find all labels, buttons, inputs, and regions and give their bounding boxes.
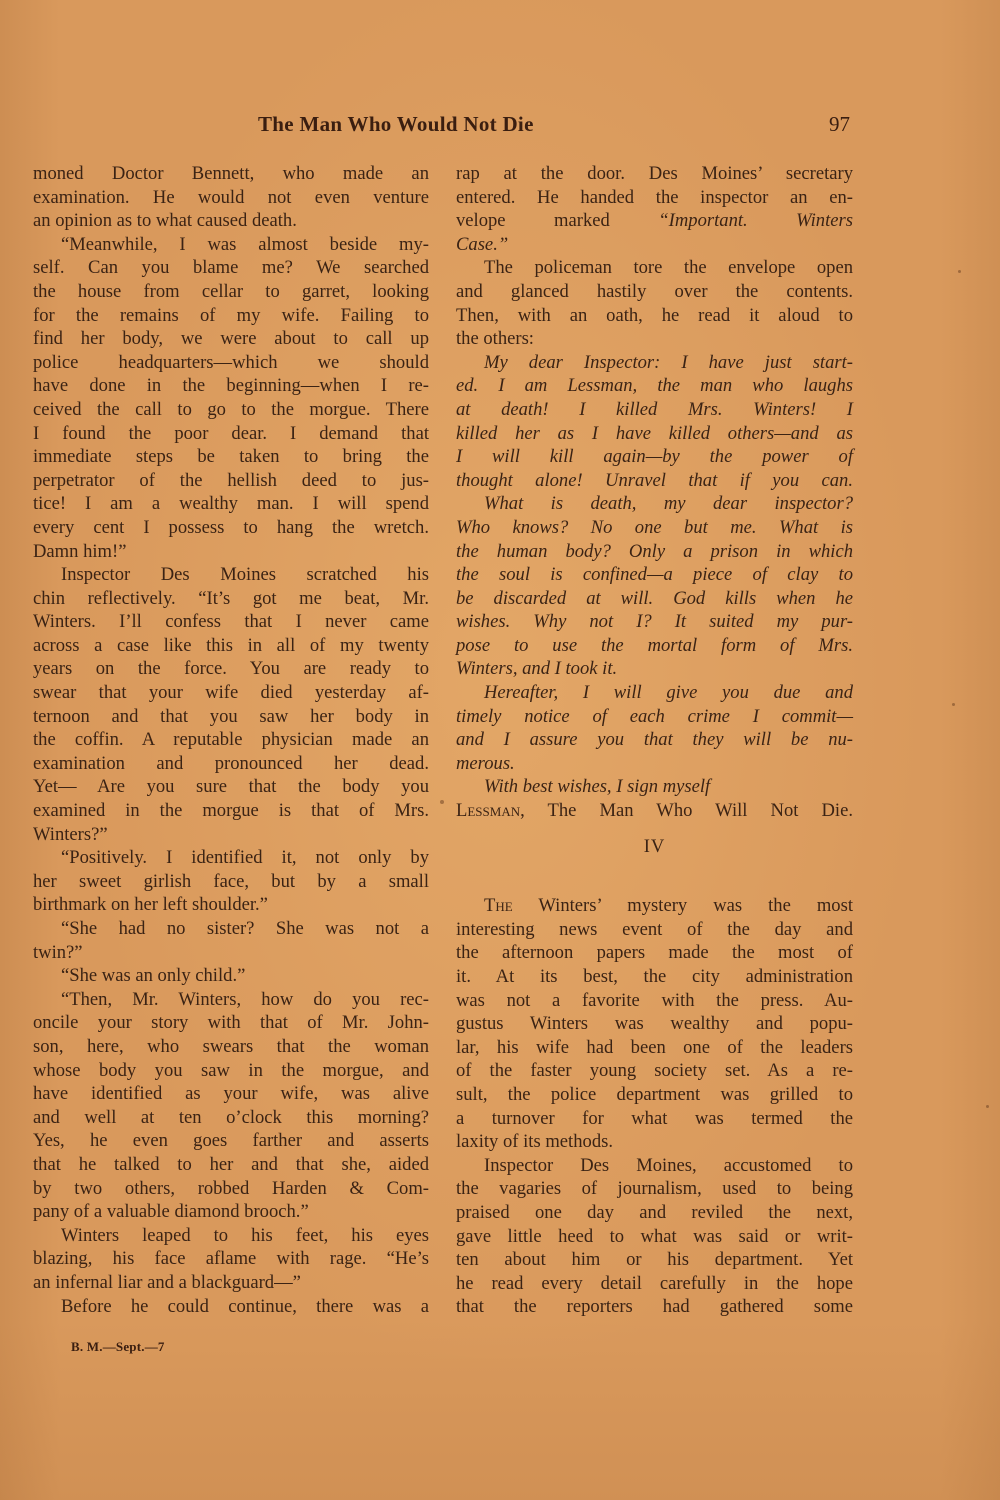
text-line: police headquarters—which we should bbox=[33, 351, 429, 375]
text-line: at death! I killed Mrs. Winters! I bbox=[456, 398, 853, 422]
text-line: a turnover for what was termed the bbox=[456, 1107, 853, 1131]
text-line: Before he could continue, there was a bbox=[33, 1295, 429, 1319]
text-line: “Then, Mr. Winters, how do you rec- bbox=[33, 988, 429, 1012]
text-line: Case.” bbox=[456, 233, 853, 257]
text-line: lar, his wife had been one of the leader… bbox=[456, 1036, 853, 1060]
text-run: “Important. Winters bbox=[658, 210, 853, 231]
text-line: and glanced hastily over the contents. bbox=[456, 280, 853, 304]
text-line: thought alone! Unravel that if you can. bbox=[456, 469, 853, 493]
text-line: the others: bbox=[456, 327, 853, 351]
text-line: he read every detail carefully in the ho… bbox=[456, 1272, 853, 1296]
text-line: Hereafter, I will give you due and bbox=[456, 681, 853, 705]
right-text-column: rap at the door. Des Moines’ secretaryen… bbox=[456, 162, 853, 1319]
text-line: an opinion as to what caused death. bbox=[33, 209, 429, 233]
text-line: ten about him or his department. Yet bbox=[456, 1248, 853, 1272]
text-line: Winters?” bbox=[33, 823, 429, 847]
text-line: son, here, who swears that the woman bbox=[33, 1035, 429, 1059]
text-line: I found the poor dear. I demand that bbox=[33, 422, 429, 446]
text-run: velope marked bbox=[456, 210, 658, 231]
text-line: merous. bbox=[456, 752, 853, 776]
text-line: My dear Inspector: I have just start- bbox=[456, 351, 853, 375]
text-line: was not a favorite with the press. Au- bbox=[456, 989, 853, 1013]
text-line: the human body? Only a prison in which bbox=[456, 540, 853, 564]
text-line: immediate steps be taken to bring the bbox=[33, 445, 429, 469]
book-page: The Man Who Would Not Die 97 moned Docto… bbox=[0, 0, 1000, 1500]
text-line: tice! I am a wealthy man. I will spend bbox=[33, 492, 429, 516]
text-line: Yet— Are you sure that the body you bbox=[33, 775, 429, 799]
text-line: have identified as your wife, was alive bbox=[33, 1082, 429, 1106]
paper-speck bbox=[986, 1105, 989, 1108]
text-line: find her body, we were about to call up bbox=[33, 327, 429, 351]
left-text-column: moned Doctor Bennett, who made anexamina… bbox=[33, 162, 429, 1318]
text-line: for the remains of my wife. Failing to bbox=[33, 304, 429, 328]
text-line: examination. He would not even venture bbox=[33, 186, 429, 210]
page-number: 97 bbox=[829, 112, 850, 137]
text-line: timely notice of each crime I commit— bbox=[456, 705, 853, 729]
text-line: that he talked to her and that she, aide… bbox=[33, 1153, 429, 1177]
text-line: birthmark on her left shoulder.” bbox=[33, 893, 429, 917]
text-line: perpetrator of the hellish deed to jus- bbox=[33, 469, 429, 493]
text-line: velope marked “Important. Winters bbox=[456, 209, 853, 233]
text-run: , The Man Who Will Not Die. bbox=[520, 800, 853, 821]
text-line: by two others, robbed Harden & Com- bbox=[33, 1177, 429, 1201]
text-line: years on the force. You are ready to bbox=[33, 657, 429, 681]
text-line: Winters. I’ll confess that I never came bbox=[33, 610, 429, 634]
text-line: entered. He handed the inspector an en- bbox=[456, 186, 853, 210]
text-line: killed her as I have killed others—and a… bbox=[456, 422, 853, 446]
text-line: ternoon and that you saw her body in bbox=[33, 705, 429, 729]
text-line: across a case like this in all of my twe… bbox=[33, 634, 429, 658]
text-line: twin?” bbox=[33, 941, 429, 965]
text-line: I will kill again—by the power of bbox=[456, 445, 853, 469]
text-line: Who knows? No one but me. What is bbox=[456, 516, 853, 540]
text-line: the coffin. A reputable physician made a… bbox=[33, 728, 429, 752]
text-line: moned Doctor Bennett, who made an bbox=[33, 162, 429, 186]
text-run: Lessman bbox=[456, 800, 520, 821]
text-line: be discarded at will. God kills when he bbox=[456, 587, 853, 611]
running-head: The Man Who Would Not Die 97 bbox=[258, 112, 850, 142]
text-line: laxity of its methods. bbox=[456, 1130, 853, 1154]
text-line: Winters, and I took it. bbox=[456, 657, 853, 681]
text-line: Lessman, The Man Who Will Not Die. bbox=[456, 799, 853, 823]
text-line: chin reflectively. “It’s got me beat, Mr… bbox=[33, 587, 429, 611]
text-line: oncile your story with that of Mr. John- bbox=[33, 1011, 429, 1035]
paper-speck bbox=[952, 703, 955, 706]
text-line: it. At its best, the city administration bbox=[456, 965, 853, 989]
text-line: What is death, my dear inspector? bbox=[456, 492, 853, 516]
text-line: praised one day and reviled the next, bbox=[456, 1201, 853, 1225]
text-line: “She was an only child.” bbox=[33, 964, 429, 988]
text-line: sult, the police department was grilled … bbox=[456, 1083, 853, 1107]
text-line: of the faster young society set. As a re… bbox=[456, 1059, 853, 1083]
text-line: examination and pronounced her dead. bbox=[33, 752, 429, 776]
text-line: Then, with an oath, he read it aloud to bbox=[456, 304, 853, 328]
text-run: Winters’ mystery was the most bbox=[513, 895, 853, 916]
text-line: “She had no sister? She was not a bbox=[33, 917, 429, 941]
text-line: every cent I possess to hang the wretch. bbox=[33, 516, 429, 540]
text-line: blazing, his face aflame with rage. “He’… bbox=[33, 1247, 429, 1271]
text-line: interesting news event of the day and bbox=[456, 918, 853, 942]
text-line: an infernal liar and a blackguard—” bbox=[33, 1271, 429, 1295]
text-line: “Meanwhile, I was almost beside my- bbox=[33, 233, 429, 257]
text-line: her sweet girlish face, but by a small bbox=[33, 870, 429, 894]
text-line: The Winters’ mystery was the most bbox=[456, 894, 853, 918]
text-line: the soul is confined—a piece of clay to bbox=[456, 563, 853, 587]
text-line: examined in the morgue is that of Mrs. bbox=[33, 799, 429, 823]
text-line: the afternoon papers made the most of bbox=[456, 941, 853, 965]
paper-speck bbox=[440, 800, 444, 804]
text-line: rap at the door. Des Moines’ secretary bbox=[456, 162, 853, 186]
text-line: “Positively. I identified it, not only b… bbox=[33, 846, 429, 870]
printer-signature: B. M.—Sept.—7 bbox=[71, 1339, 165, 1355]
text-line: Yes, he even goes farther and asserts bbox=[33, 1129, 429, 1153]
text-line: self. Can you blame me? We searched bbox=[33, 256, 429, 280]
section-heading: IV bbox=[456, 835, 853, 859]
paper-speck bbox=[958, 270, 961, 273]
text-line: and well at ten o’clock this morning? bbox=[33, 1106, 429, 1130]
text-line: the house from cellar to garret, looking bbox=[33, 280, 429, 304]
text-line: swear that your wife died yesterday af- bbox=[33, 681, 429, 705]
text-line: Winters leaped to his feet, his eyes bbox=[33, 1224, 429, 1248]
text-line: gave little heed to what was said or wri… bbox=[456, 1225, 853, 1249]
letter-text-block: rap at the door. Des Moines’ secretaryen… bbox=[456, 162, 853, 823]
text-line: ceived the call to go to the morgue. The… bbox=[33, 398, 429, 422]
text-line: gustus Winters was wealthy and popu- bbox=[456, 1012, 853, 1036]
text-line: pose to use the mortal form of Mrs. bbox=[456, 634, 853, 658]
text-line: Damn him!” bbox=[33, 540, 429, 564]
text-line: pany of a valuable diamond brooch.” bbox=[33, 1200, 429, 1224]
text-line: With best wishes, I sign myself bbox=[456, 775, 853, 799]
text-line: Inspector Des Moines, accustomed to bbox=[456, 1154, 853, 1178]
text-line: have done in the beginning—when I re- bbox=[33, 374, 429, 398]
text-line: ed. I am Lessman, the man who laughs bbox=[456, 374, 853, 398]
text-run: The bbox=[484, 895, 513, 916]
text-line: that the reporters had gathered some bbox=[456, 1295, 853, 1319]
section-text-block: The Winters’ mystery was the mostinteres… bbox=[456, 894, 853, 1319]
text-line: wishes. Why not I? It suited my pur- bbox=[456, 610, 853, 634]
text-line: the vagaries of journalism, used to bein… bbox=[456, 1177, 853, 1201]
text-line: The policeman tore the envelope open bbox=[456, 256, 853, 280]
text-line: whose body you saw in the morgue, and bbox=[33, 1059, 429, 1083]
text-line: and I assure you that they will be nu- bbox=[456, 728, 853, 752]
running-title: The Man Who Would Not Die bbox=[258, 112, 534, 137]
text-line: Inspector Des Moines scratched his bbox=[33, 563, 429, 587]
